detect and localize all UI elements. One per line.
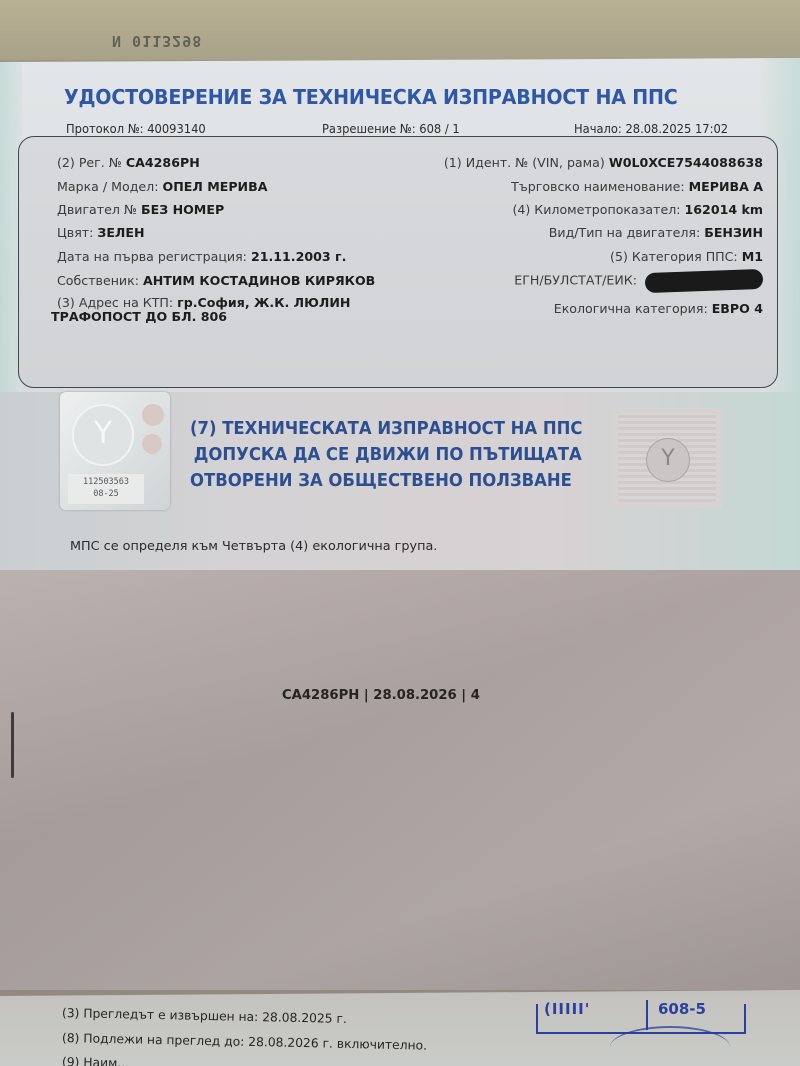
engine-type-field: Вид/Тип на двигателя: БЕНЗИН: [549, 225, 763, 240]
odometer-value: 162014 km: [685, 202, 763, 217]
blank-sheet: [0, 570, 800, 990]
document-title: УДОСТОВЕРЕНИЕ ЗА ТЕХНИЧЕСКА ИЗПРАВНОСТ Н…: [64, 85, 678, 109]
engine-number-field: Двигател № БЕЗ НОМЕР: [57, 202, 224, 217]
partial-line-9: (9) Наим...: [62, 1055, 129, 1066]
eco-category-field: Екологична категория: ЕВРО 4: [554, 301, 763, 316]
hologram-seal: Y: [612, 408, 722, 508]
color-field: Цвят: ЗЕЛЕН: [57, 225, 145, 240]
eco-group-note: МПС се определя към Четвърта (4) екологи…: [70, 539, 437, 554]
redacted-egn: [645, 269, 764, 293]
category-field: (5) Категория ППС: M1: [610, 249, 763, 264]
first-registration-field: Дата на първа регистрация: 21.11.2003 г.: [57, 249, 346, 264]
plate-summary: CA4286PH | 28.08.2026 | 4: [282, 688, 480, 703]
vin-value: W0L0XCE7544088638: [609, 155, 763, 170]
vin-field: (1) Идент. № (VIN, рама) W0L0XCE75440886…: [444, 155, 763, 170]
engine-number-value: БЕЗ НОМЕР: [141, 202, 224, 217]
hologram-logo-icon: Y: [646, 438, 690, 482]
sticker-dot: [142, 404, 164, 426]
sticker-label: 112503563 08-25: [68, 474, 144, 504]
reg-number-field: (2) Рег. № CA4286PH: [57, 155, 200, 170]
trade-name-value: МЕРИВА А: [689, 179, 763, 194]
inspection-sticker: Y 112503563 08-25: [60, 392, 170, 510]
address-field: (3) Адрес на КТП: гр.София, Ж.К. ЛЮЛИН: [57, 295, 350, 310]
admission-statement: (7) ТЕХНИЧЕСКАТА ИЗПРАВНОСТ НА ППС ДОПУС…: [190, 416, 583, 494]
protocol-number: Протокол №: 40093140: [66, 121, 206, 136]
inspection-logo-icon: Y: [72, 404, 134, 466]
egn-field: ЕГН/БУЛСТАТ/ЕИК:: [514, 271, 763, 291]
engine-type-value: БЕНЗИН: [704, 225, 763, 240]
underlying-paper: N 0113298: [0, 0, 800, 60]
trade-name-field: Търговско наименование: МЕРИВА А: [511, 179, 763, 194]
start-datetime: Начало: 28.08.2025 17:02: [574, 121, 728, 136]
make-model-field: Марка / Модел: ОПЕЛ МЕРИВА: [57, 179, 267, 194]
eco-category-value: ЕВРО 4: [712, 301, 763, 316]
color-value: ЗЕЛЕН: [97, 225, 144, 240]
address-line2: ТРАФОПОСТ ДО БЛ. 806: [51, 309, 227, 324]
sticker-dot: [142, 434, 162, 454]
address-value-line2: ТРАФОПОСТ ДО БЛ. 806: [51, 309, 227, 324]
signature: [610, 1026, 730, 1066]
make-model-value: ОПЕЛ МЕРИВА: [163, 179, 268, 194]
reg-number-value: CA4286PH: [126, 155, 200, 170]
odometer-field: (4) Километропоказател: 162014 km: [512, 202, 763, 217]
address-value-line1: гр.София, Ж.К. ЛЮЛИН: [177, 295, 350, 310]
first-registration-value: 21.11.2003 г.: [251, 249, 346, 264]
category-value: M1: [742, 249, 763, 264]
underlying-serial-number: N 0113298: [112, 32, 202, 50]
permit-number: Разрешение №: 608 / 1: [322, 121, 460, 136]
owner-field: Собственик: АНТИМ КОСТАДИНОВ КИРЯКОВ: [57, 273, 375, 288]
owner-value: АНТИМ КОСТАДИНОВ КИРЯКОВ: [143, 273, 375, 288]
vehicle-info-box: (2) Рег. № CA4286PH Марка / Модел: ОПЕЛ …: [18, 136, 778, 388]
pen-mark: [11, 712, 14, 778]
